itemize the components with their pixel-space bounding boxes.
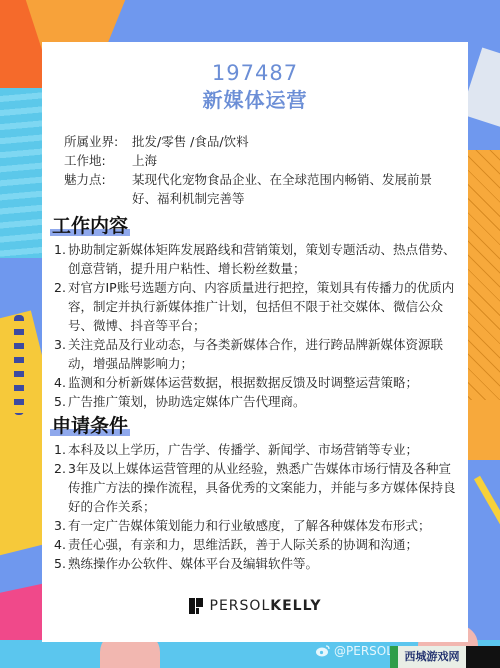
job-info: 所属业界: 批发/零售 /食品/饮料 工作地: 上海 魅力点: 某现代化宠物食品…: [64, 132, 454, 208]
info-label: 所属业界:: [64, 132, 132, 151]
info-label: 工作地:: [64, 151, 132, 170]
list-item: 3.有一定广告媒体策划能力和行业敏感度，了解各种媒体发布形式；: [54, 516, 462, 535]
site-badge: 西城游戏网: [390, 646, 500, 668]
section-title-requirements: 申请条件: [50, 414, 130, 438]
logo-text: PERSOLKELLY: [210, 598, 322, 614]
job-header: 197487 新媒体运营: [42, 60, 468, 114]
list-item: 5.熟练操作办公软件、媒体平台及编辑软件等。: [54, 554, 462, 573]
requirements-list: 1.本科及以上学历，广告学、传播学、新闻学、市场营销等专业； 2.3年及以上媒体…: [54, 440, 462, 573]
item-text: 广告推广策划，协助选定媒体广告代理商。: [68, 392, 462, 411]
job-posting-card: 197487 新媒体运营 所属业界: 批发/零售 /食品/饮料 工作地: 上海 …: [42, 42, 468, 642]
info-location: 工作地: 上海: [64, 151, 454, 170]
bg-orange-right-lower: [468, 400, 500, 460]
item-number: 3.: [54, 516, 68, 535]
info-value: 批发/零售 /食品/饮料: [132, 132, 454, 151]
info-label: 魅力点:: [64, 170, 132, 208]
list-item: 3.关注竞品及行业动态，与各类新媒体合作，进行跨品牌新媒体资源联动，增强品牌影响…: [54, 335, 462, 373]
item-text: 关注竞品及行业动态，与各类新媒体合作，进行跨品牌新媒体资源联动，增强品牌影响力；: [68, 335, 462, 373]
item-text: 熟练操作办公软件、媒体平台及编辑软件等。: [68, 554, 462, 573]
info-value: 上海: [132, 151, 454, 170]
item-number: 5.: [54, 392, 68, 411]
weibo-icon: [316, 645, 330, 657]
list-item: 2.对官方IP账号选题方向、内容质量进行把控，策划具有传播力的优质内容，制定并执…: [54, 278, 462, 335]
item-number: 3.: [54, 335, 68, 373]
item-text: 协助制定新媒体矩阵发展路线和营销策划，策划专题活动、热点借势、创意营销，提升用户…: [68, 240, 462, 278]
logo-text-bold: KELLY: [270, 598, 321, 614]
job-title: 新媒体运营: [42, 86, 468, 114]
site-badge-text: 西城游戏网: [390, 646, 466, 668]
list-item: 1.本科及以上学历，广告学、传播学、新闻学、市场营销等专业；: [54, 440, 462, 459]
responsibilities-list: 1.协助制定新媒体矩阵发展路线和营销策划，策划专题活动、热点借势、创意营销，提升…: [54, 240, 462, 411]
item-text: 有一定广告媒体策划能力和行业敏感度，了解各种媒体发布形式；: [68, 516, 462, 535]
item-text: 本科及以上学历，广告学、传播学、新闻学、市场营销等专业；: [68, 440, 462, 459]
info-value: 某现代化宠物食品企业、在全球范围内畅销、发展前景好、福利机制完善等: [132, 170, 454, 208]
info-industry: 所属业界: 批发/零售 /食品/饮料: [64, 132, 454, 151]
list-item: 5.广告推广策划，协助选定媒体广告代理商。: [54, 392, 462, 411]
list-item: 4.监测和分析新媒体运营数据，根据数据反馈及时调整运营策略；: [54, 373, 462, 392]
item-number: 2.: [54, 459, 68, 516]
item-number: 4.: [54, 373, 68, 392]
item-number: 5.: [54, 554, 68, 573]
notebook-rings: [14, 315, 24, 415]
item-number: 1.: [54, 240, 68, 278]
persolkelly-logo-icon: [189, 598, 203, 614]
section-title-responsibilities: 工作内容: [50, 214, 130, 238]
item-text: 责任心强，有亲和力，思维活跃，善于人际关系的协调和沟通；: [68, 535, 462, 554]
job-id: 197487: [42, 60, 468, 86]
list-item: 2.3年及以上媒体运营管理的从业经验，熟悉广告媒体市场行情及各种宣传推广方法的操…: [54, 459, 462, 516]
item-text: 对官方IP账号选题方向、内容质量进行把控，策划具有传播力的优质内容，制定并执行新…: [68, 278, 462, 335]
item-number: 4.: [54, 535, 68, 554]
list-item: 1.协助制定新媒体矩阵发展路线和营销策划，策划专题活动、热点借势、创意营销，提升…: [54, 240, 462, 278]
info-highlights: 魅力点: 某现代化宠物食品企业、在全球范围内畅销、发展前景好、福利机制完善等: [64, 170, 454, 208]
company-logo: PERSOLKELLY: [42, 598, 468, 614]
bg-cyan-stripes: [0, 88, 44, 258]
bg-orange-keyboard: [468, 150, 500, 410]
item-number: 2.: [54, 278, 68, 335]
item-text: 3年及以上媒体运营管理的从业经验，熟悉广告媒体市场行情及各种宣传推广方法的操作流…: [68, 459, 462, 516]
list-item: 4.责任心强，有亲和力，思维活跃，善于人际关系的协调和沟通；: [54, 535, 462, 554]
logo-text-light: PERSOL: [210, 598, 271, 614]
item-text: 监测和分析新媒体运营数据，根据数据反馈及时调整运营策略；: [68, 373, 462, 392]
item-number: 1.: [54, 440, 68, 459]
